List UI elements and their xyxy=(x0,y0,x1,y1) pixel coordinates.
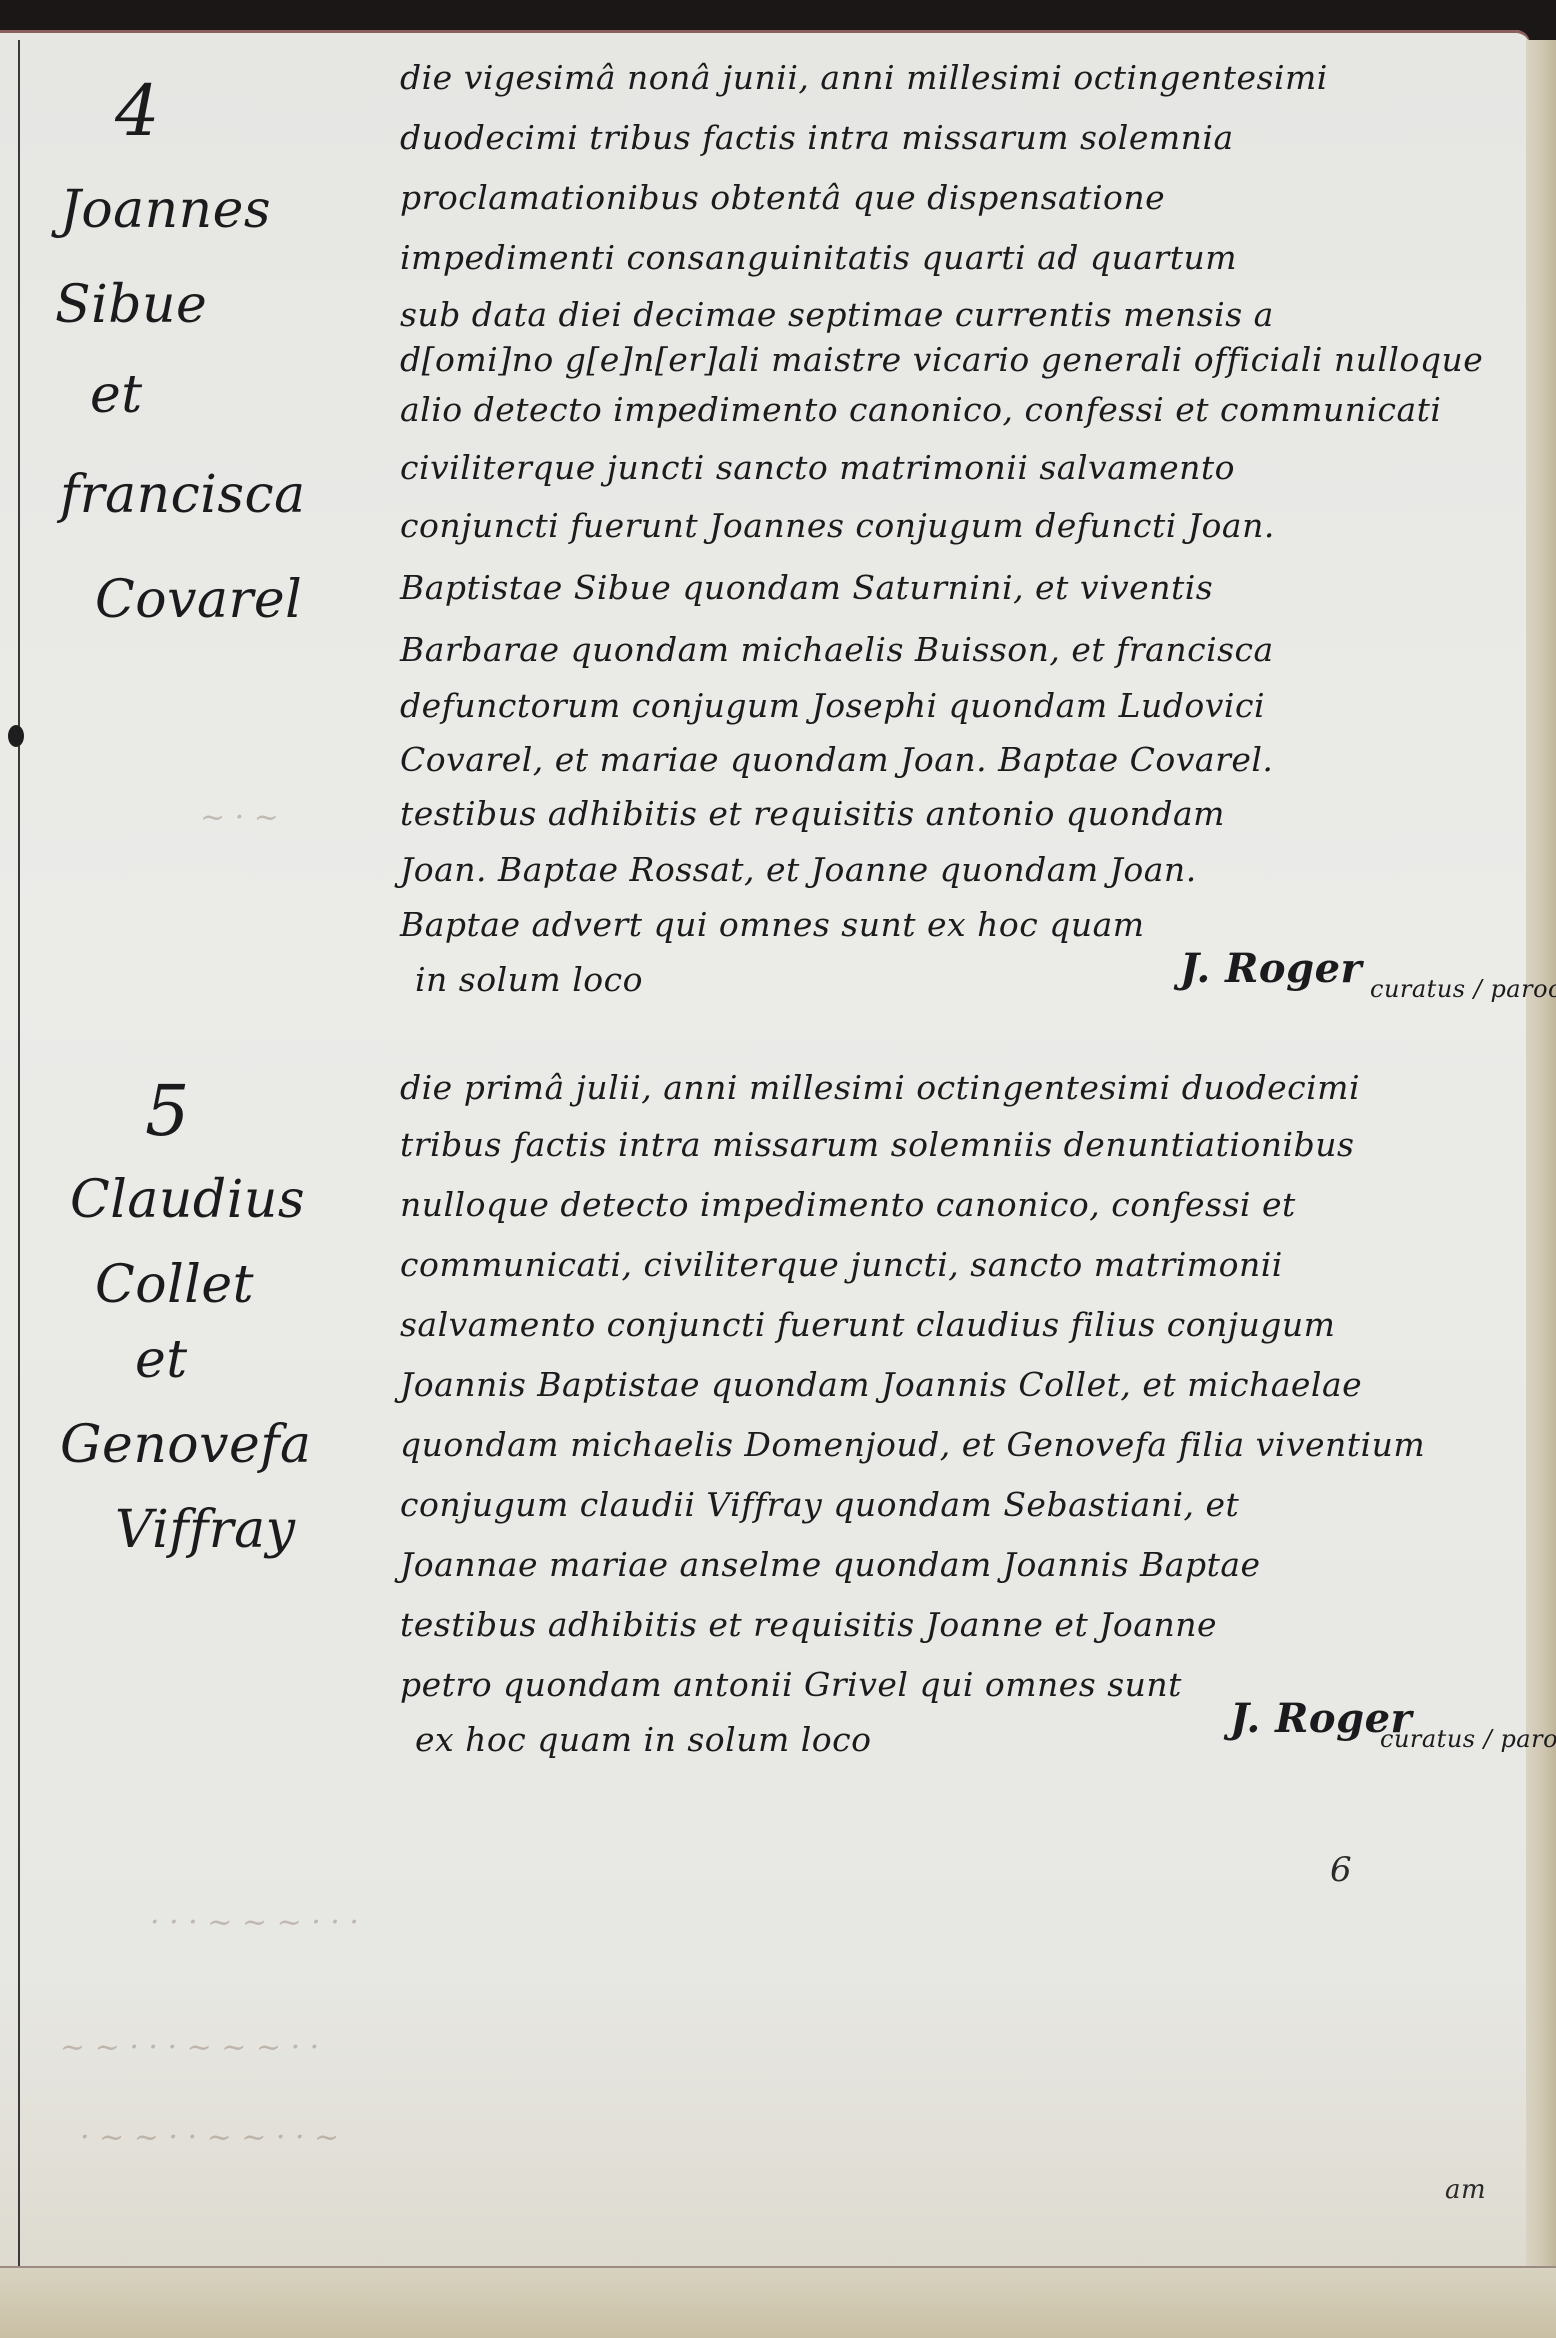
text-line: quondam michaelis Domenjoud, et Genovefa… xyxy=(400,1425,1425,1464)
bride-first-name: francisca xyxy=(60,465,306,525)
bleed-through-text: ~ · ~ xyxy=(200,800,279,835)
conjunction: et xyxy=(90,365,143,425)
text-line: communicati, civiliterque juncti, sancto… xyxy=(400,1245,1283,1284)
text-line: defunctorum conjugum Josephi quondam Lud… xyxy=(400,686,1265,725)
entry-number: 4 xyxy=(115,70,160,152)
bride-surname: Viffray xyxy=(115,1500,296,1560)
text-line: die primâ julii, anni millesimi octingen… xyxy=(400,1068,1360,1107)
entry-number: 5 xyxy=(145,1070,190,1152)
page-edge xyxy=(1526,40,1556,2300)
text-line: civiliterque juncti sancto matrimonii sa… xyxy=(400,448,1235,487)
groom-surname: Collet xyxy=(95,1255,254,1315)
text-line: proclamationibus obtentâ que dispensatio… xyxy=(400,178,1165,217)
text-line: die vigesimâ nonâ junii, anni millesimi … xyxy=(400,58,1328,97)
text-line: duodecimi tribus factis intra missarum s… xyxy=(400,118,1234,157)
text-line: alio detecto impedimento canonico, confe… xyxy=(400,390,1441,429)
text-line: sub data diei decimae septimae currentis… xyxy=(400,295,1274,334)
priest-signature: J. Roger xyxy=(1180,945,1362,992)
bride-surname: Covarel xyxy=(95,570,302,630)
bleed-through-text: ~ ~ · · · ~ ~ ~ · · xyxy=(60,2030,319,2065)
folio-mark: 6 xyxy=(1330,1850,1352,1890)
page-bottom-edge xyxy=(0,2266,1556,2338)
text-line: Baptistae Sibue quondam Saturnini, et vi… xyxy=(400,568,1213,607)
text-line: Barbarae quondam michaelis Buisson, et f… xyxy=(400,630,1274,669)
text-line: tribus factis intra missarum solemniis d… xyxy=(400,1125,1354,1164)
gutter-line xyxy=(18,40,20,2310)
folio-mark: am xyxy=(1445,2175,1486,2205)
text-line: Joannae mariae anselme quondam Joannis B… xyxy=(400,1545,1261,1584)
groom-surname: Sibue xyxy=(55,275,207,335)
text-line: nulloque detecto impedimento canonico, c… xyxy=(400,1185,1296,1224)
groom-first-name: Joannes xyxy=(60,180,271,240)
text-line: testibus adhibitis et requisitis antonio… xyxy=(400,794,1225,833)
binding-hole xyxy=(8,725,24,747)
text-line: testibus adhibitis et requisitis Joanne … xyxy=(400,1605,1217,1644)
text-line: salvamento conjuncti fuerunt claudius fi… xyxy=(400,1305,1335,1344)
signature-title: curatus / parochus xyxy=(1380,1725,1556,1753)
text-line: petro quondam antonii Grivel qui omnes s… xyxy=(400,1665,1182,1704)
text-line: impedimenti consanguinitatis quarti ad q… xyxy=(400,238,1237,277)
text-line: Joannis Baptistae quondam Joannis Collet… xyxy=(400,1365,1362,1404)
text-line: in solum loco xyxy=(415,960,643,999)
text-line: Covarel, et mariae quondam Joan. Baptae … xyxy=(400,740,1273,779)
text-line: Joan. Baptae Rossat, et Joanne quondam J… xyxy=(400,850,1197,889)
bleed-through-text: · · · ~ ~ ~ · · · xyxy=(150,1905,359,1940)
conjunction: et xyxy=(135,1330,188,1390)
bleed-through-text: · ~ ~ · · ~ ~ · · ~ xyxy=(80,2120,339,2155)
text-line: Baptae advert qui omnes sunt ex hoc quam xyxy=(400,905,1145,944)
text-line: ex hoc quam in solum loco xyxy=(415,1720,872,1759)
text-line: conjugum claudii Viffray quondam Sebasti… xyxy=(400,1485,1239,1524)
bride-first-name: Genovefa xyxy=(60,1415,312,1475)
groom-first-name: Claudius xyxy=(70,1170,305,1230)
text-line: d[omi]no g[e]n[er]ali maistre vicario ge… xyxy=(400,340,1483,379)
signature-title: curatus / parochus xyxy=(1370,975,1556,1003)
text-line: conjuncti fuerunt Joannes conjugum defun… xyxy=(400,506,1275,545)
